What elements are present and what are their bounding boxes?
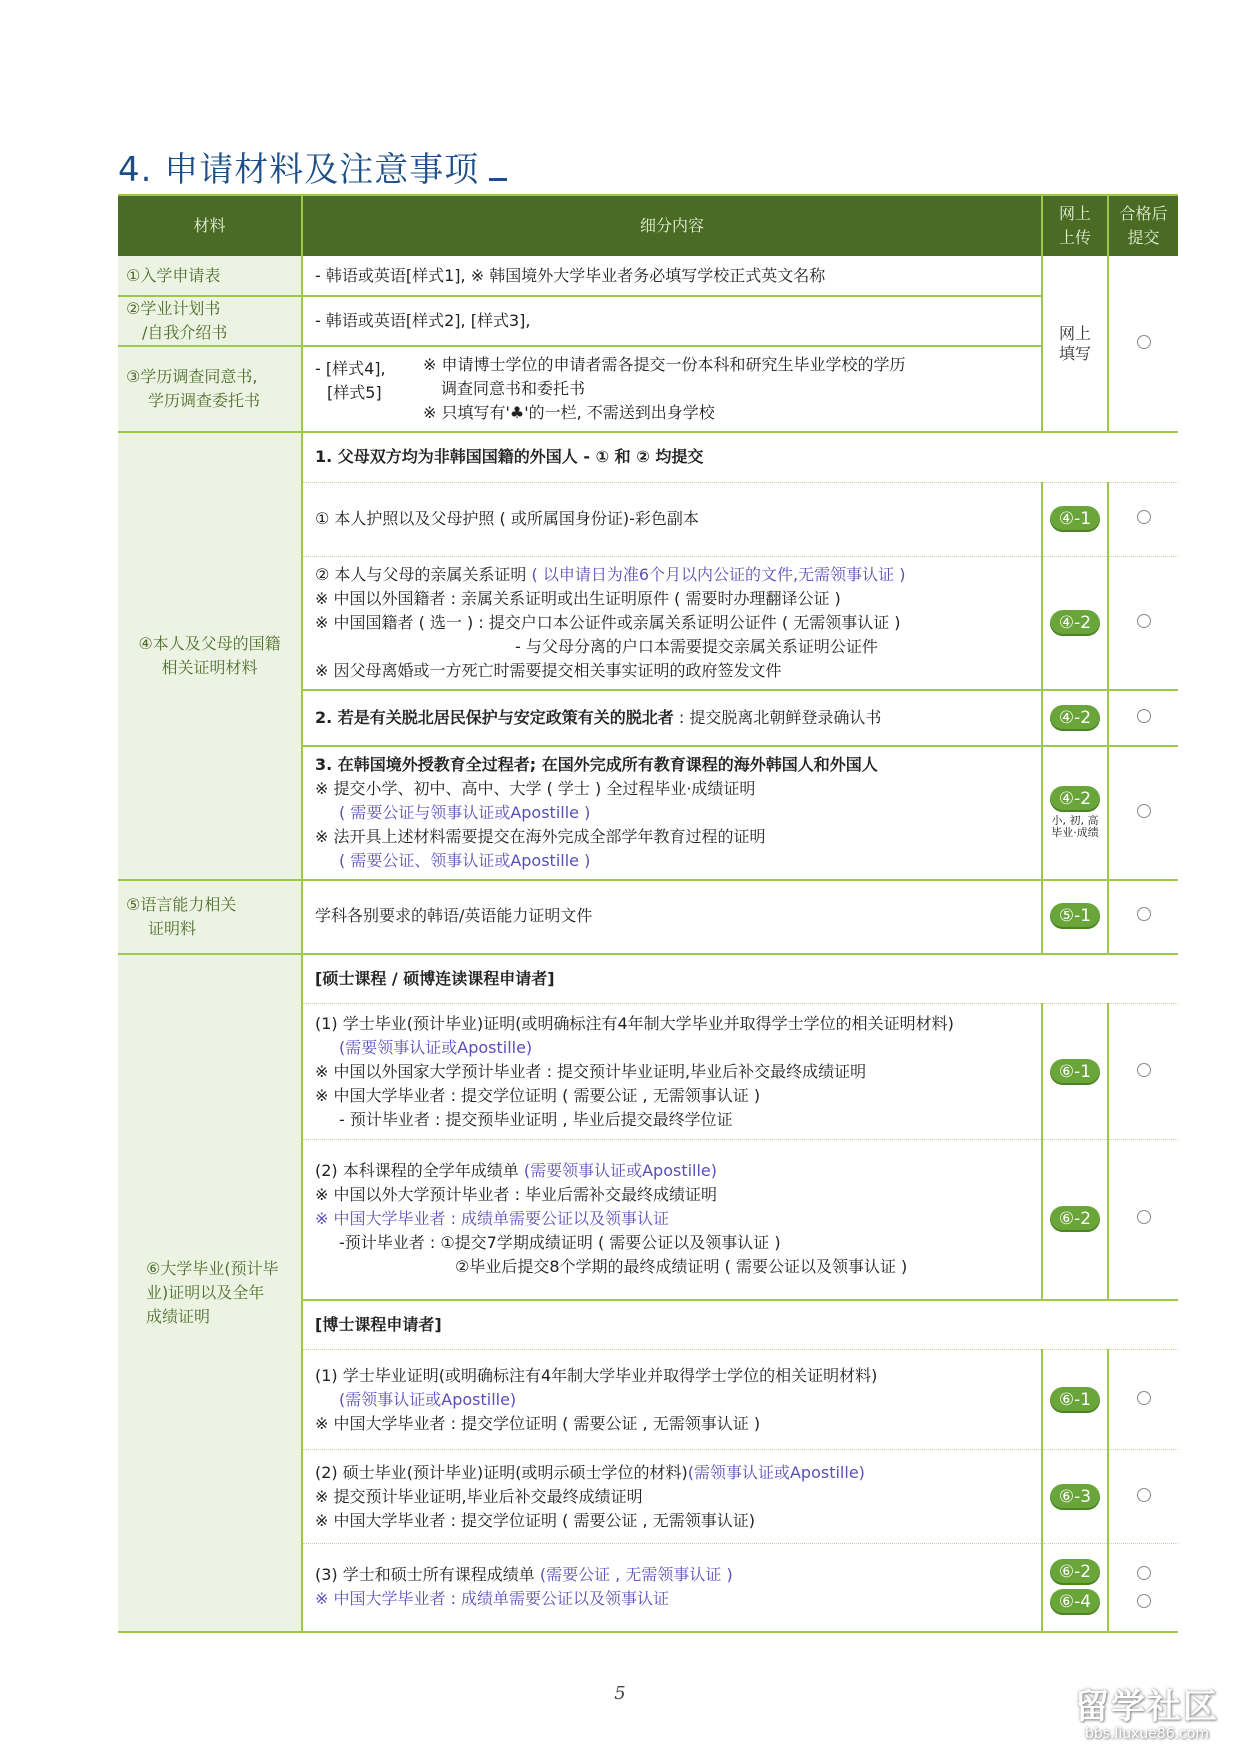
table-row: ②学业计划书/自我介绍书 - 韩语或英语[样式2], [样式3], — [118, 296, 1178, 346]
detail-line: -预计毕业者 : ①提交7学期成绩证明 ( 需要公证以及领事认证 ) — [315, 1231, 1029, 1255]
circle-mark-icon — [1137, 1488, 1151, 1502]
header-material: 材料 — [118, 195, 302, 256]
detail-line: (1) 学士毕业(预计毕业)证明(或明确标注有4年制大学毕业并取得学士学位的相关… — [315, 1012, 1029, 1036]
detail-text: (2) 硕士毕业(预计毕业)证明(或明示硕士学位的材料) — [315, 1463, 688, 1482]
circle-mark-icon — [1137, 1594, 1151, 1608]
detail-text: ② 本人与父母的亲属关系证明 — [315, 565, 526, 584]
detail-cell: ① 本人护照以及父母护照 ( 或所属国身份证)-彩色副本 — [302, 482, 1042, 556]
badge-note: 小, 初, 高毕业·成绩 — [1051, 815, 1099, 839]
detail-cell: (2) 本科课程的全学年成绩单 (需要领事认证或Apostille) ※ 中国以… — [302, 1140, 1042, 1300]
submit-cell — [1108, 880, 1178, 954]
note-text: (需领事认证或Apostille) — [688, 1463, 865, 1482]
doc-code-badge: ⑤-1 — [1050, 903, 1100, 929]
detail-line: ※ 申请博士学位的申请者需各提交一份本科和研究生毕业学校的学历 — [423, 353, 906, 377]
detail-line: ※ 因父母离婚或一方死亡时需要提交相关事实证明的政府签发文件 — [315, 659, 1029, 683]
note-text: (需要领事认证或Apostille) — [519, 1161, 717, 1180]
note-text: ※ 中国大学毕业者 : 成绩单需要公证以及领事认证 — [315, 1207, 1029, 1231]
detail-line: ※ 中国以外大学预计毕业者 : 毕业后需补交最终成绩证明 — [315, 1183, 1029, 1207]
circle-mark-icon — [1137, 614, 1151, 628]
detail-cell: ② 本人与父母的亲属关系证明 ( 以申请日为准6个月以内公证的文件,无需领事认证… — [302, 556, 1042, 690]
detail-text: : 提交脱离北朝鲜登录确认书 — [674, 708, 882, 727]
form-notes: ※ 申请博士学位的申请者需各提交一份本科和研究生毕业学校的学历调查同意书和委托书… — [423, 353, 906, 425]
page-title-text: 4. 申请材料及注意事项 — [118, 150, 479, 190]
detail-line: 学科各别要求的韩语/英语能力证明文件 — [315, 904, 1029, 928]
material-line: 相关证明材料 — [126, 656, 293, 680]
section-heading: 1. 父母双方均为非韩国国籍的外国人 - ① 和 ② 均提交 — [302, 432, 1178, 482]
doc-code-badge: ④-2 — [1050, 705, 1100, 731]
upload-line1: 网上 — [1043, 324, 1107, 344]
submit-cell — [1108, 1140, 1178, 1300]
material-line: /自我介绍书 — [126, 321, 293, 345]
detail-line: - 与父母分离的户口本需要提交亲属关系证明公证件 — [315, 635, 1029, 659]
circle-mark-icon — [1137, 510, 1151, 524]
circle-mark-icon — [1137, 335, 1151, 349]
doc-code-badge: ⑥-2 — [1050, 1559, 1100, 1585]
detail-cell: - [样式4],[样式5] ※ 申请博士学位的申请者需各提交一份本科和研究生毕业… — [302, 346, 1042, 432]
submit-cell — [1108, 556, 1178, 690]
detail-line: ※ 中国以外国籍者 : 亲属关系证明或出生证明原件 ( 需要时办理翻译公证 ) — [315, 587, 1029, 611]
table-row: ⑥大学毕业(预计毕业)证明以及全年成绩证明 [硕士课程 / 硕博连读课程申请者] — [118, 954, 1178, 1004]
material-line: 业)证明以及全年 — [146, 1281, 293, 1305]
note-text: ( 需要公证、领事认证或Apostille ) — [315, 849, 1029, 873]
detail-line: ※ 中国大学毕业者 : 提交学位证明 ( 需要公证 , 无需领事认证) — [315, 1509, 1029, 1533]
material-cell: ②学业计划书/自我介绍书 — [118, 296, 302, 346]
detail-cell: (2) 硕士毕业(预计毕业)证明(或明示硕士学位的材料)(需领事认证或Apost… — [302, 1450, 1042, 1544]
upload-cell: ⑥-3 — [1042, 1450, 1108, 1544]
doc-code-badge: ④-2 — [1050, 786, 1100, 812]
upload-line2: 填写 — [1043, 344, 1107, 364]
badge-stack: ⑥-2⑥-4 — [1043, 1559, 1107, 1615]
detail-line: ② 本人与父母的亲属关系证明 ( 以申请日为准6个月以内公证的文件,无需领事认证… — [315, 563, 1029, 587]
note-text: (需要领事认证或Apostille) — [315, 1036, 1029, 1060]
material-cell: ⑥大学毕业(预计毕业)证明以及全年成绩证明 — [118, 954, 302, 1632]
submit-cell — [1108, 1350, 1178, 1450]
detail-line: ②毕业后提交8个学期的最终成绩证明 ( 需要公证以及领事认证 ) — [315, 1255, 1029, 1279]
doc-code-badge: ⑥-2 — [1050, 1206, 1100, 1232]
material-cell: ①入学申请表 — [118, 256, 302, 296]
material-line: ④本人及父母的国籍 — [126, 632, 293, 656]
detail-line: (1) 学士毕业证明(或明确标注有4年制大学毕业并取得学士学位的相关证明材料) — [315, 1364, 1029, 1388]
submit-cell — [1108, 1450, 1178, 1544]
detail-line: ※ 中国国籍者 ( 选一 ) : 提交户口本公证件或亲属关系证明公证件 ( 无需… — [315, 611, 1029, 635]
detail-text: (2) 本科课程的全学年成绩单 — [315, 1161, 519, 1180]
watermark-url: bbs.liuxue86.com — [1075, 1726, 1219, 1742]
doc-code-badge: ⑥-4 — [1050, 1589, 1100, 1615]
header-submit-line2: 提交 — [1110, 226, 1177, 250]
detail-cell: (1) 学士毕业证明(或明确标注有4年制大学毕业并取得学士学位的相关证明材料) … — [302, 1350, 1042, 1450]
heading-text: 2. 若是有关脱北居民保护与安定政策有关的脱北者 — [315, 708, 674, 727]
heading-text: [博士课程申请者] — [315, 1313, 1166, 1337]
material-line: 成绩证明 — [146, 1305, 293, 1329]
circle-mark-icon — [1137, 1210, 1151, 1224]
material-line: 学历调查委托书 — [126, 389, 293, 413]
header-submit: 合格后提交 — [1108, 195, 1178, 256]
heading-text: 3. 在韩国境外授教育全过程者; 在国外完成所有教育课程的海外韩国人和外国人 — [315, 753, 1029, 777]
watermark-logo: 留学社区 — [1075, 1688, 1219, 1726]
detail-cell: 3. 在韩国境外授教育全过程者; 在国外完成所有教育课程的海外韩国人和外国人 ※… — [302, 746, 1042, 880]
detail-line: ※ 中国大学毕业者 : 提交学位证明 ( 需要公证 , 无需领事认证 ) — [315, 1084, 1029, 1108]
upload-cell: ④-2 — [1042, 556, 1108, 690]
detail-line: ※ 中国以外国家大学预计毕业者 : 提交预计毕业证明,毕业后补交最终成绩证明 — [315, 1060, 1029, 1084]
detail-line: (2) 硕士毕业(预计毕业)证明(或明示硕士学位的材料)(需领事认证或Apost… — [315, 1461, 1029, 1485]
detail-cell: (1) 学士毕业(预计毕业)证明(或明确标注有4年制大学毕业并取得学士学位的相关… — [302, 1004, 1042, 1140]
submit-cell — [1108, 690, 1178, 746]
online-fill-label: 网上填写 — [1043, 324, 1107, 364]
doc-code-badge: ④-2 — [1050, 610, 1100, 636]
doc-code-badge: ⑥-1 — [1050, 1387, 1100, 1413]
circle-mark-icon — [1137, 709, 1151, 723]
heading-text: [硕士课程 / 硕博连读课程申请者] — [315, 967, 1166, 991]
upload-cell: ⑥-2 — [1042, 1140, 1108, 1300]
detail-line: (3) 学士和硕士所有课程成绩单 (需要公证 , 无需领事认证 ) — [315, 1563, 1029, 1587]
header-upload: 网上上传 — [1042, 195, 1108, 256]
badge-note-line: 毕业·成绩 — [1051, 827, 1099, 839]
note-text: ( 以申请日为准6个月以内公证的文件,无需领事认证 ) — [526, 565, 905, 584]
detail-cell: - 韩语或英语[样式2], [样式3], — [302, 296, 1042, 346]
detail-line: - 韩语或英语[样式1], ※ 韩国境外大学毕业者务必填写学校正式英文名称 — [315, 264, 1029, 288]
detail-cell: (3) 学士和硕士所有课程成绩单 (需要公证 , 无需领事认证 ) ※ 中国大学… — [302, 1544, 1042, 1632]
table-row: ⑤语言能力相关证明料 学科各别要求的韩语/英语能力证明文件 ⑤-1 — [118, 880, 1178, 954]
upload-cell: ⑤-1 — [1042, 880, 1108, 954]
material-cell: ④本人及父母的国籍相关证明材料 — [118, 432, 302, 880]
upload-cell: 网上填写 — [1042, 256, 1108, 432]
header-upload-line2: 上传 — [1044, 226, 1106, 250]
material-line: ⑤语言能力相关 — [126, 893, 293, 917]
header-submit-line1: 合格后 — [1110, 202, 1177, 226]
upload-cell: ④-1 — [1042, 482, 1108, 556]
circle-mark-icon — [1137, 1391, 1151, 1405]
page-title: 4. 申请材料及注意事项 — [118, 142, 507, 191]
detail-cell: - 韩语或英语[样式1], ※ 韩国境外大学毕业者务必填写学校正式英文名称 — [302, 256, 1042, 296]
submit-cell — [1108, 256, 1178, 432]
table-header-row: 材料 细分内容 网上上传 合格后提交 — [118, 195, 1178, 256]
upload-cell: ④-2小, 初, 高毕业·成绩 — [1042, 746, 1108, 880]
materials-table: 材料 细分内容 网上上传 合格后提交 ①入学申请表 - 韩语或英语[样式1], … — [118, 194, 1178, 1633]
material-line: ③学历调查同意书, — [126, 365, 293, 389]
doc-code-badge: ⑥-3 — [1050, 1484, 1100, 1510]
upload-cell: ⑥-1 — [1042, 1004, 1108, 1140]
material-line: ⑥大学毕业(预计毕 — [146, 1257, 293, 1281]
submit-cell — [1108, 482, 1178, 556]
detail-line: - 预计毕业者 : 提交预毕业证明 , 毕业后提交最终学位证 — [315, 1108, 1029, 1132]
material-cell: ③学历调查同意书,学历调查委托书 — [118, 346, 302, 432]
upload-cell: ⑥-2⑥-4 — [1042, 1544, 1108, 1632]
material-line: ②学业计划书 — [126, 297, 293, 321]
detail-line: - 韩语或英语[样式2], [样式3], — [315, 309, 1029, 333]
circle-mark-icon — [1137, 1063, 1151, 1077]
table-row: ③学历调查同意书,学历调查委托书 - [样式4],[样式5] ※ 申请博士学位的… — [118, 346, 1178, 432]
watermark: 留学社区 bbs.liuxue86.com — [1075, 1688, 1219, 1742]
detail-line: 调查同意书和委托书 — [423, 377, 906, 401]
material-line: 证明料 — [126, 917, 293, 941]
header-detail: 细分内容 — [302, 195, 1042, 256]
section-heading: [硕士课程 / 硕博连读课程申请者] — [302, 954, 1178, 1004]
detail-line: ※ 提交小学、初中、高中、大学 ( 学士 ) 全过程毕业·成绩证明 — [315, 777, 1029, 801]
circle-mark-icon — [1137, 804, 1151, 818]
header-upload-line1: 网上 — [1044, 202, 1106, 226]
page-number: 5 — [0, 1683, 1240, 1704]
badge-stack: ④-2小, 初, 高毕业·成绩 — [1043, 786, 1107, 839]
table-row: ④本人及父母的国籍相关证明材料 1. 父母双方均为非韩国国籍的外国人 - ① 和… — [118, 432, 1178, 482]
note-text: (需要公证 , 无需领事认证 ) — [535, 1565, 733, 1584]
detail-line: ※ 提交预计毕业证明,毕业后补交最终成绩证明 — [315, 1485, 1029, 1509]
detail-line: - [样式4], — [315, 357, 423, 381]
note-text: (需领事认证或Apostille) — [315, 1388, 1029, 1412]
material-cell: ⑤语言能力相关证明料 — [118, 880, 302, 954]
detail-text: (3) 学士和硕士所有课程成绩单 — [315, 1565, 535, 1584]
section-heading: [博士课程申请者] — [302, 1300, 1178, 1350]
submit-cell — [1108, 1544, 1178, 1632]
circle-mark-icon — [1137, 907, 1151, 921]
detail-line: ※ 只填写有'♣'的一栏, 不需送到出身学校 — [423, 401, 906, 425]
circle-mark-icon — [1137, 1566, 1151, 1580]
detail-line: 2. 若是有关脱北居民保护与安定政策有关的脱北者 : 提交脱离北朝鲜登录确认书 — [315, 706, 1029, 730]
detail-line: ① 本人护照以及父母护照 ( 或所属国身份证)-彩色副本 — [315, 507, 1029, 531]
detail-line: [样式5] — [315, 381, 423, 405]
note-text: ※ 中国大学毕业者 : 成绩单需要公证以及领事认证 — [315, 1587, 1029, 1611]
title-underscore — [489, 178, 507, 181]
note-text: ( 需要公证与领事认证或Apostille ) — [315, 801, 1029, 825]
table-row: ①入学申请表 - 韩语或英语[样式1], ※ 韩国境外大学毕业者务必填写学校正式… — [118, 256, 1178, 296]
doc-code-badge: ⑥-1 — [1050, 1059, 1100, 1085]
upload-cell: ④-2 — [1042, 690, 1108, 746]
doc-code-badge: ④-1 — [1050, 506, 1100, 532]
mark-stack — [1110, 1566, 1177, 1608]
detail-cell: 学科各别要求的韩语/英语能力证明文件 — [302, 880, 1042, 954]
submit-cell — [1108, 746, 1178, 880]
detail-line: ※ 法开具上述材料需要提交在海外完成全部学年教育过程的证明 — [315, 825, 1029, 849]
submit-cell — [1108, 1004, 1178, 1140]
heading-text: 1. 父母双方均为非韩国国籍的外国人 - ① 和 ② 均提交 — [315, 445, 1166, 469]
detail-cell: 2. 若是有关脱北居民保护与安定政策有关的脱北者 : 提交脱离北朝鲜登录确认书 — [302, 690, 1042, 746]
detail-line: ※ 中国大学毕业者 : 提交学位证明 ( 需要公证 , 无需领事认证 ) — [315, 1412, 1029, 1436]
form-ref: - [样式4],[样式5] — [315, 353, 423, 425]
upload-cell: ⑥-1 — [1042, 1350, 1108, 1450]
detail-line: (2) 本科课程的全学年成绩单 (需要领事认证或Apostille) — [315, 1159, 1029, 1183]
